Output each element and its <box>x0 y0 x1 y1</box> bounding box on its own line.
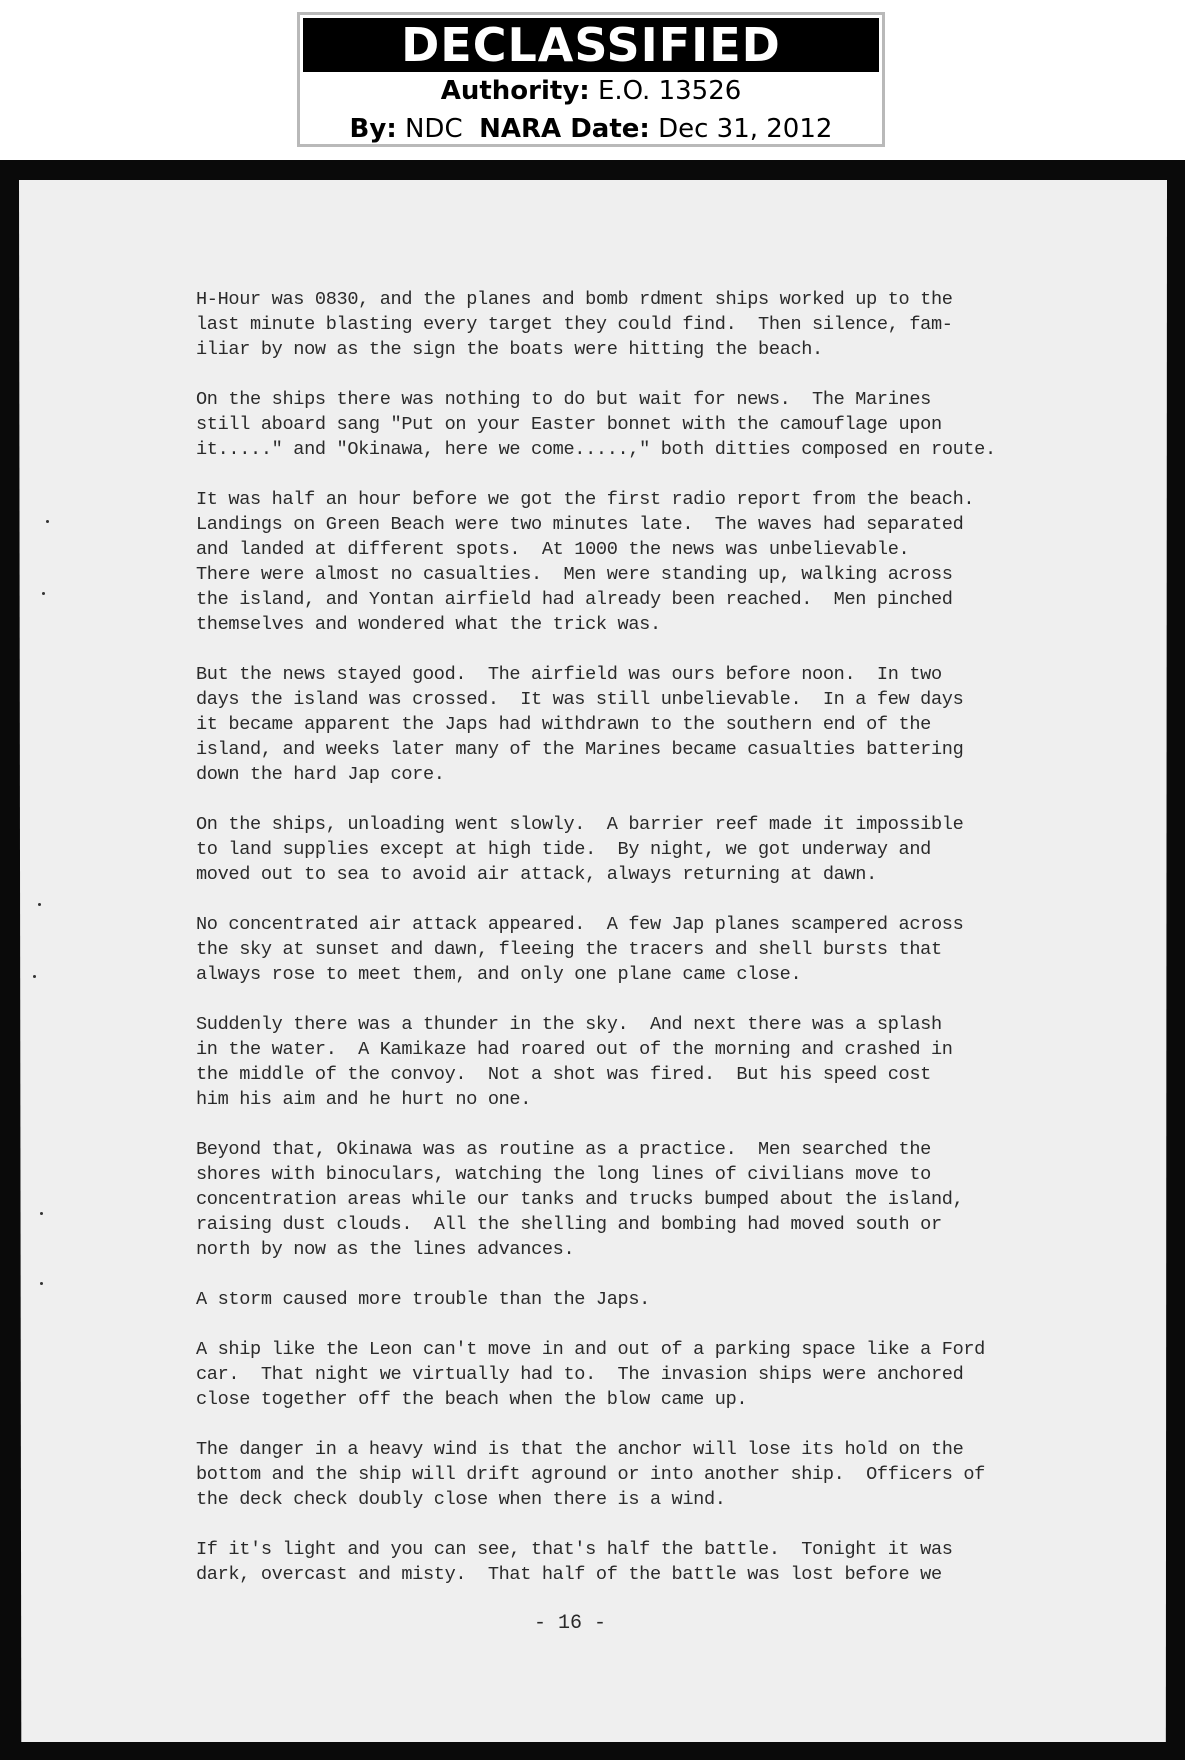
scan-speck <box>46 520 49 523</box>
paragraph: Beyond that, Okinawa was as routine as a… <box>196 1137 1096 1262</box>
paragraph: A ship like the Leon can't move in and o… <box>196 1337 1096 1412</box>
scan-speck <box>33 975 36 978</box>
authority-label: Authority: <box>441 76 590 106</box>
paragraph: On the ships there was nothing to do but… <box>196 387 1096 462</box>
paragraph: But the news stayed good. The airfield w… <box>196 662 1096 787</box>
paragraph: It was half an hour before we got the fi… <box>196 487 1096 637</box>
scan-speck <box>40 1282 43 1285</box>
scan-speck <box>42 592 45 595</box>
paragraph: If it's light and you can see, that's ha… <box>196 1537 1096 1587</box>
by-value: NDC <box>405 114 463 144</box>
stamp-by-date: By: NDC NARA Date: Dec 31, 2012 <box>300 110 882 148</box>
stamp-authority: Authority: E.O. 13526 <box>300 72 882 110</box>
by-label: By: <box>350 114 397 144</box>
scan-speck <box>40 1212 43 1215</box>
paragraph: A storm caused more trouble than the Jap… <box>196 1287 1096 1312</box>
paragraph: The danger in a heavy wind is that the a… <box>196 1437 1096 1512</box>
page-number: - 16 - <box>520 1612 620 1635</box>
date-label: NARA Date: <box>479 114 650 144</box>
paragraph: Suddenly there was a thunder in the sky.… <box>196 1012 1096 1112</box>
paragraph: H-Hour was 0830, and the planes and bomb… <box>196 287 1096 362</box>
date-value: Dec 31, 2012 <box>658 114 832 144</box>
stamp-title: DECLASSIFIED <box>303 18 879 72</box>
authority-value: E.O. 13526 <box>598 76 741 106</box>
paragraph: On the ships, unloading went slowly. A b… <box>196 812 1096 887</box>
document-body: H-Hour was 0830, and the planes and bomb… <box>196 287 1096 1612</box>
declassified-stamp: DECLASSIFIED Authority: E.O. 13526 By: N… <box>297 12 885 147</box>
scan-speck <box>38 903 41 906</box>
paragraph: No concentrated air attack appeared. A f… <box>196 912 1096 987</box>
